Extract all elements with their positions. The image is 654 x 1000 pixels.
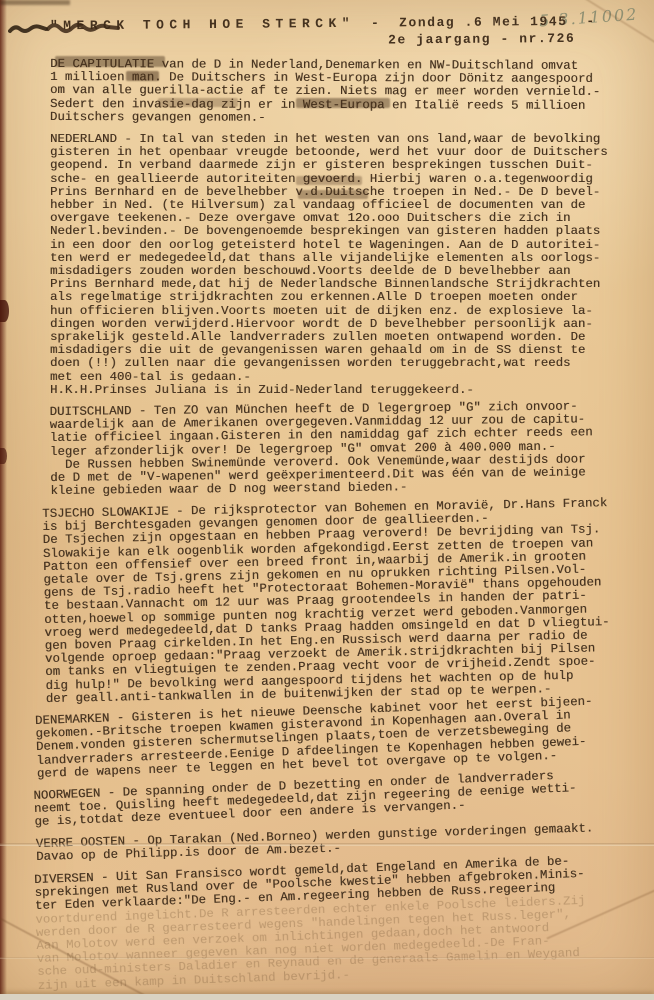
text-line: doen (!!) zullen naar die gevangenissen … — [50, 357, 642, 370]
paper-bottom-edge — [0, 994, 654, 1000]
news-section-diversen: DIVERSEN - Uit San Fransisco wordt gemel… — [34, 852, 644, 992]
issue-number: 2e jaargang - nr.726 — [388, 30, 640, 47]
news-body: DE CAPITULATIE van de D in Nederland,Den… — [0, 58, 654, 992]
news-section-nederland: NEDERLAND - In tal van steden in het wes… — [50, 133, 642, 397]
text-line: in een door den oorlog geteisterd hotel … — [50, 239, 642, 252]
text-line: hun officieren blijven.Voorts moeten uit… — [50, 305, 642, 318]
masthead: "MERCK TOCH HOE STERCK" - Zondag .6 Mei … — [0, 0, 654, 51]
text-line: Duitschers gevangen genomen.- — [50, 111, 642, 126]
news-section-tsjecho-slowakije: TSJECHO SLOWAKIJE - De rijksprotector va… — [42, 496, 644, 705]
news-section-denemarken: DENEMARKEN - Gisteren is het nieuwe Deen… — [35, 693, 643, 780]
document-page: 5.3.11002 "MERCK TOCH HOE STERCK" - Zond… — [0, 0, 654, 1000]
text-line: H.K.H.Prinses Juliana is in Zuid-Nederla… — [50, 384, 642, 397]
issue-date: - Zondag .6 Mei 1945 - — [371, 14, 596, 31]
news-section-duitschland: DUITSCHLAND - Ten ZO van München heeft d… — [50, 400, 643, 499]
paper-title: "MERCK TOCH HOE STERCK" — [50, 16, 355, 34]
text-line: sche- en geallieerde autoriteiten gevoer… — [50, 173, 642, 186]
text-line: Nederl.bevinden.- De bovengenoemde bespr… — [50, 225, 642, 238]
text-line: geopend. In verband daarmede zijn er gis… — [50, 159, 642, 172]
text-line: met een 400-tal is gedaan.- — [50, 371, 642, 384]
news-section-capitulatie: DE CAPITULATIE van de D in Nederland,Den… — [50, 58, 642, 126]
text-line: als regelmatige strijdkrachten zou erken… — [50, 291, 642, 304]
